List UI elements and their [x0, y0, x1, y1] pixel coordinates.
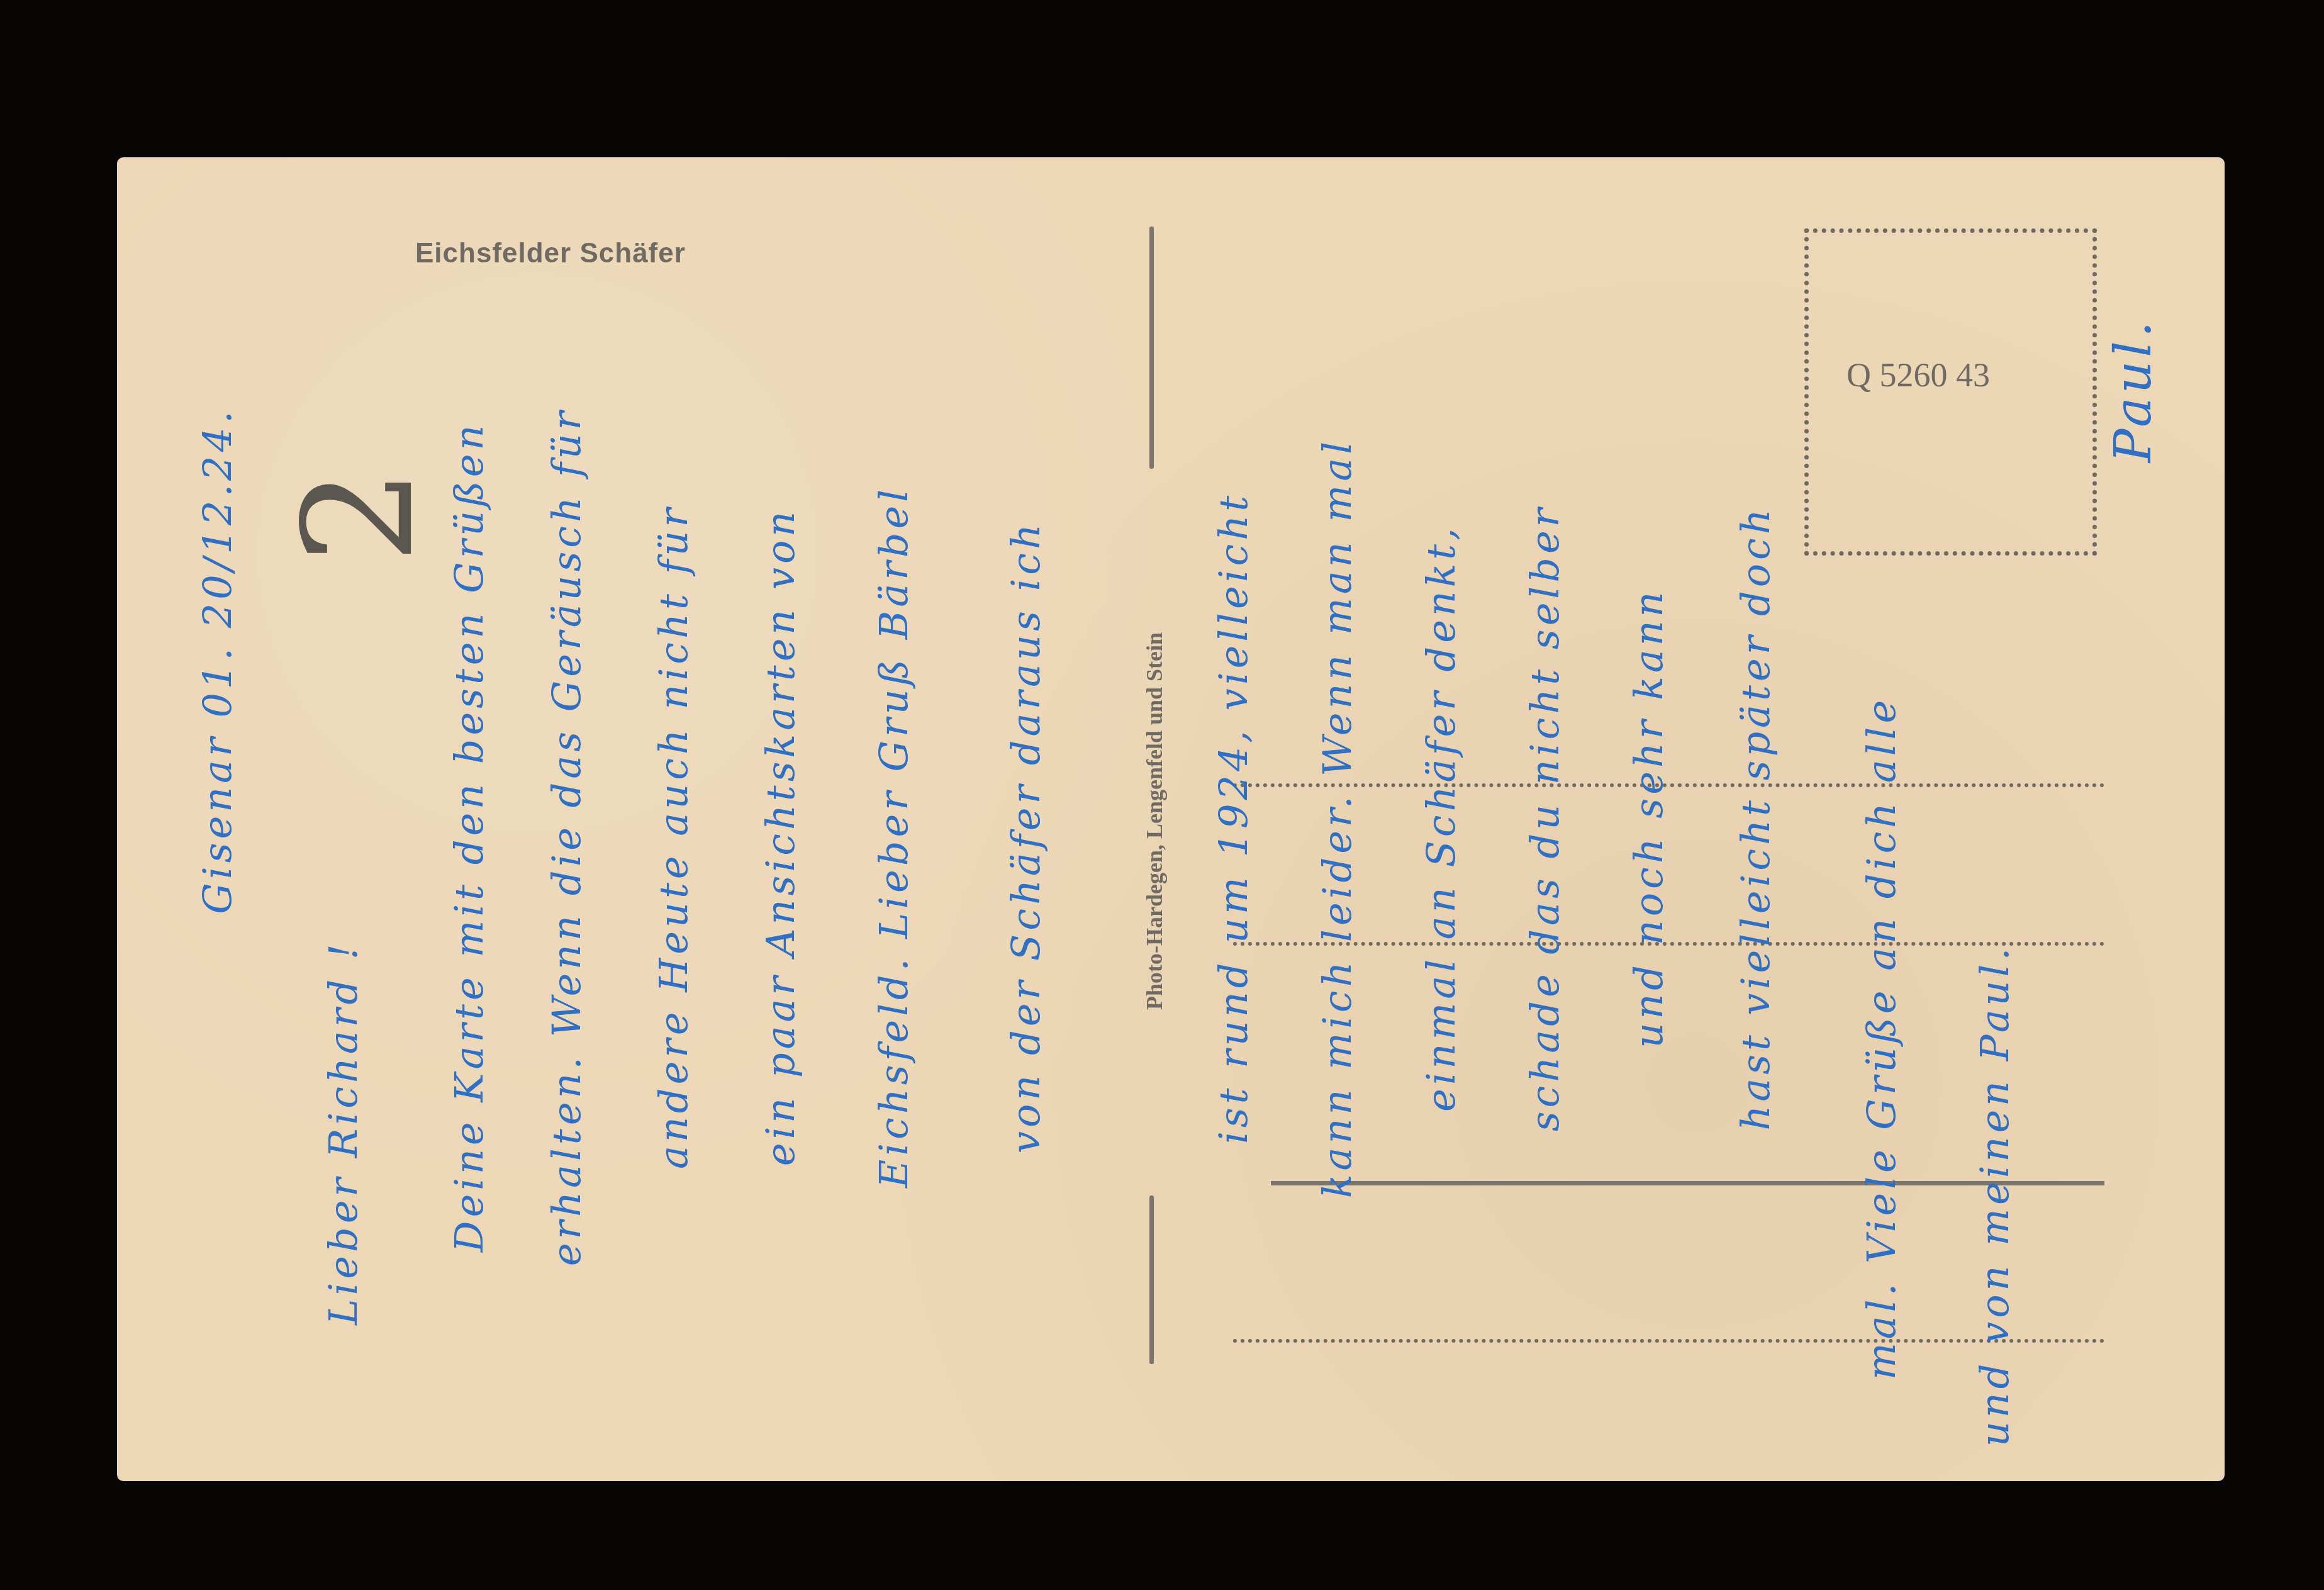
- handwritten-date: Gisenar 01. 20/12.24.: [194, 407, 240, 914]
- handwritten-line: hast vielleicht später doch: [1733, 505, 1779, 1130]
- pencil-mark: 2: [271, 468, 447, 564]
- stamp-box-code: Q 5260 43: [1846, 356, 1990, 395]
- center-divider-top: [1149, 227, 1154, 469]
- handwritten-line: mal. Viele Grüße an dich alle: [1858, 697, 1904, 1380]
- handwritten-line: Eichsfeld. Lieber Gruß Bärbel: [871, 486, 917, 1188]
- handwritten-line: erhalten. Wenn die das Geräusch für: [544, 408, 589, 1266]
- handwritten-line: andere Heute auch nicht für: [651, 505, 696, 1169]
- handwritten-line: und noch sehr kann: [1626, 588, 1672, 1048]
- postcard-title: Eichsfelder Schäfer: [415, 238, 686, 269]
- publisher-credit: Photo-Hardegen, Lengenfeld und Stein: [1141, 632, 1168, 1010]
- handwritten-line: schade das du nicht selber: [1522, 505, 1568, 1131]
- handwritten-line: Deine Karte mit den besten Grüßen: [446, 422, 492, 1253]
- handwritten-line: ist rund um 1924, vielleicht: [1210, 492, 1256, 1144]
- handwritten-line: kann mich leider. Wenn man mal: [1314, 438, 1360, 1198]
- handwritten-line: von der Schäfer daraus ich: [1003, 520, 1049, 1153]
- center-divider-bottom: [1149, 1195, 1154, 1364]
- handwritten-line: einmal an Schäfer denkt,: [1418, 524, 1464, 1112]
- handwritten-salutation: Lieber Richard !: [320, 940, 366, 1325]
- handwritten-line: ein paar Ansichtskarten von: [757, 508, 803, 1167]
- handwritten-line: und von meinen Paul.: [1972, 944, 2018, 1447]
- handwritten-signature: Paul.: [2104, 318, 2162, 462]
